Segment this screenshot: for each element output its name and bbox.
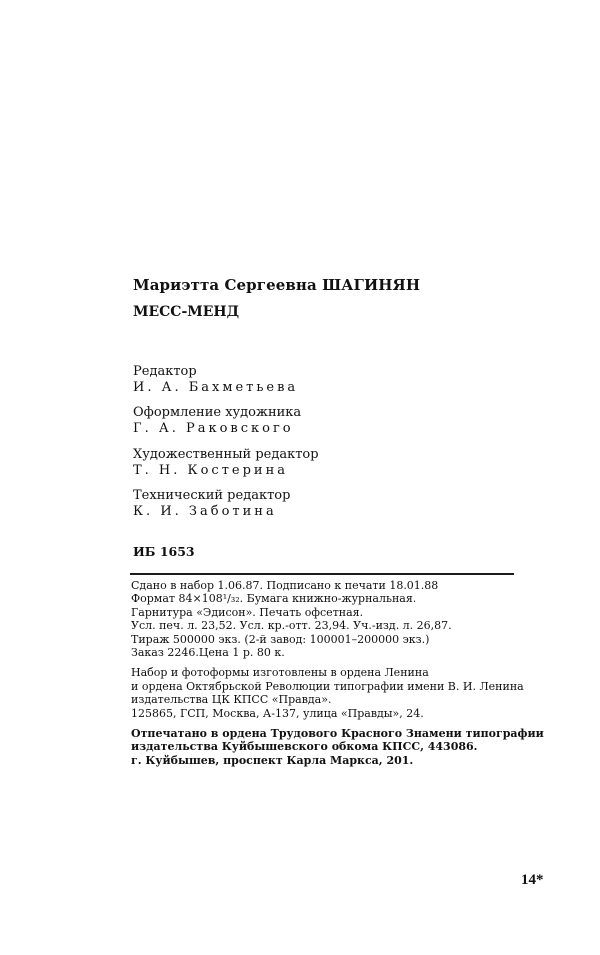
imprint-line: Отпечатано в ордена Трудового Красного З… (131, 727, 544, 740)
imprint-line: Усл. печ. л. 23,52. Усл. кр.-отт. 23,94.… (131, 619, 544, 632)
imprint-line: Набор и фотоформы изготовлены в ордена Л… (131, 666, 544, 679)
imprint-line: Гарнитура «Эдисон». Печать офсетная. (131, 606, 544, 619)
imprint-line: Заказ 2246.Цена 1 р. 80 к. (131, 646, 544, 659)
credit-person: Т. Н. Костерина (133, 463, 319, 479)
credit-role: Художественный редактор (133, 447, 319, 463)
author-name: Мариэтта Сергеевна ШАГИНЯН (133, 276, 420, 294)
page-number: 14* (521, 872, 544, 889)
imprint-line: г. Куйбышев, проспект Карла Маркса, 201. (131, 754, 544, 767)
imprint-line: издательства ЦК КПСС «Правда». (131, 693, 544, 706)
credit-design: Оформление художника Г. А. Раковского (133, 405, 301, 437)
imprint-line: Формат 84×108¹/₃₂. Бумага книжно-журналь… (131, 592, 544, 605)
credit-person: И. А. Бахметьева (133, 380, 298, 396)
imprint-line: Тираж 500000 экз. (2-й завод: 100001–200… (131, 633, 544, 646)
credit-role: Технический редактор (133, 488, 290, 504)
credit-role: Оформление художника (133, 405, 301, 421)
book-title: МЕСС-МЕНД (133, 304, 239, 320)
credit-person: К. И. Заботина (133, 504, 290, 520)
credit-editor: Редактор И. А. Бахметьева (133, 364, 298, 396)
imprint-line: издательства Куйбышевского обкома КПСС, … (131, 740, 544, 753)
credit-role: Редактор (133, 364, 298, 380)
imprint-line: Сдано в набор 1.06.87. Подписано к печат… (131, 579, 544, 592)
credit-person: Г. А. Раковского (133, 421, 301, 437)
divider-rule (130, 573, 514, 575)
imprint-line: 125865, ГСП, Москва, А-137, улица «Правд… (131, 707, 544, 720)
credit-tech-editor: Технический редактор К. И. Заботина (133, 488, 290, 520)
imprint-block: Сдано в набор 1.06.87. Подписано к печат… (131, 579, 544, 767)
credit-art-editor: Художественный редактор Т. Н. Костерина (133, 447, 319, 479)
ib-number: ИБ 1653 (133, 544, 195, 559)
imprint-line: и ордена Октябрьской Революции типографи… (131, 680, 544, 693)
